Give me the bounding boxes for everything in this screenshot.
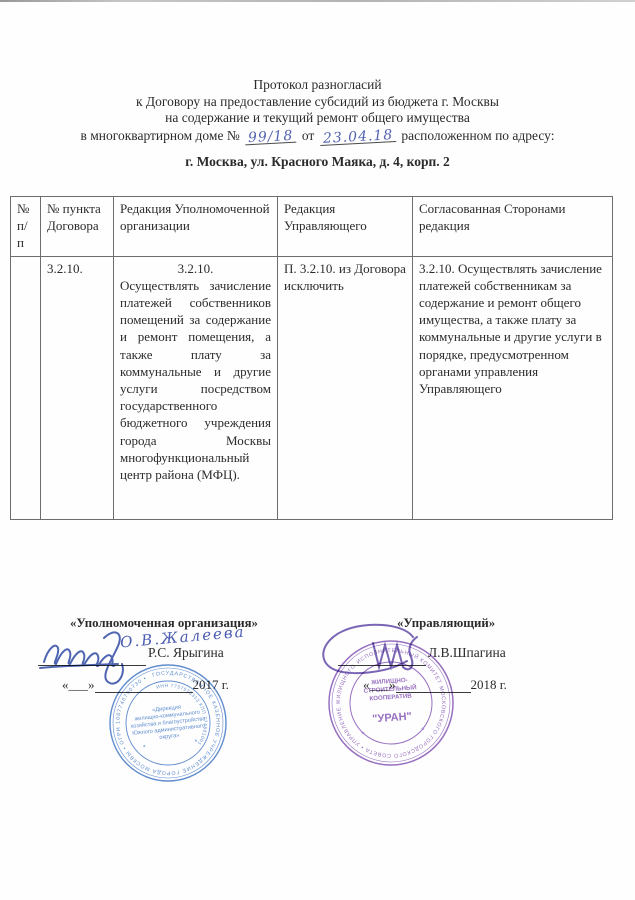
authorized-version-body: Осуществлять зачисление платежей собстве… (120, 277, 271, 483)
cell-agreed-version: 3.2.10. Осуществлять зачисление платежей… (413, 256, 613, 519)
header-manager-version: Редакция Управляющего (278, 197, 413, 257)
header-authorized-version: Редакция Уполномоченной организации (114, 197, 278, 257)
authorized-version-title: 3.2.10. (120, 260, 271, 277)
header-agreed-version: Согласованная Сторонами редакция (413, 197, 613, 257)
left-stamp-star-left: * (143, 744, 147, 751)
disagreements-table: № п/п № пункта Договора Редакция Уполном… (10, 196, 613, 520)
header-num: № п/п (11, 197, 41, 257)
right-ink-signature (315, 615, 435, 690)
right-date-year: 2018 г. (471, 677, 507, 693)
contract-number-handwritten: 99/18 (245, 130, 297, 145)
scanned-document-page: Протокол разногласий к Договору на предо… (0, 0, 635, 900)
title-line-4-suffix: расположенном по адресу: (401, 128, 554, 143)
cell-manager-version: П. 3.2.10. из Договора исключить (278, 256, 413, 519)
title-line-2: к Договору на предоставление субсидий из… (0, 94, 635, 111)
cell-authorized-version: 3.2.10. Осуществлять зачисление платежей… (114, 256, 278, 519)
title-line-4-prefix: в многоквартирном доме № (81, 128, 240, 143)
title-line-4-ot: от (302, 128, 314, 143)
title-line-3: на содержание и текущий ремонт общего им… (0, 110, 635, 127)
right-stamp-star-right: * (421, 726, 425, 735)
left-ink-signature (30, 620, 180, 695)
scan-edge-artifact (0, 0, 635, 2)
cell-clause: 3.2.10. (41, 256, 114, 519)
title-line-4: в многоквартирном доме № 99/18 от 23.04.… (0, 128, 635, 145)
document-title-block: Протокол разногласий к Договору на предо… (0, 77, 635, 144)
header-clause: № пункта Договора (41, 197, 114, 257)
left-stamp-center-5: округа» (159, 733, 180, 741)
right-stamp-center-4: "УРАН" (372, 711, 412, 726)
table-header-row: № п/п № пункта Договора Редакция Уполном… (11, 197, 613, 257)
property-address: г. Москва, ул. Красного Маяка, д. 4, кор… (0, 154, 635, 170)
table-row: 3.2.10. 3.2.10. Осуществлять зачисление … (11, 256, 613, 519)
cell-num (11, 256, 41, 519)
title-line-1: Протокол разногласий (0, 77, 635, 94)
right-stamp-star-left: * (361, 730, 365, 739)
contract-date-handwritten: 23.04.18 (319, 130, 396, 146)
